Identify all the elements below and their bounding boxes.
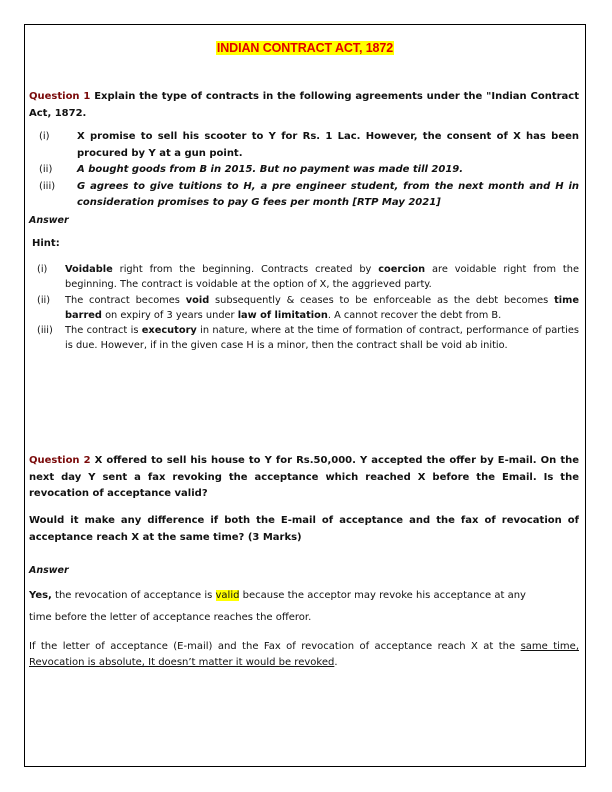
document-border: INDIAN CONTRACT ACT, 1872 Question 1 Exp…	[24, 24, 586, 767]
question-1: Question 1 Explain the type of contracts…	[29, 89, 579, 122]
hints-list: (i)Voidable right from the beginning. Co…	[29, 262, 579, 354]
answer-2-para-2: If the letter of acceptance (E-mail) and…	[29, 639, 579, 671]
question-2-text: X offered to sell his house to Y for Rs.…	[29, 455, 579, 499]
key-term: void	[186, 295, 210, 306]
item-number: (i)	[29, 129, 77, 162]
question-2-label: Question 2	[29, 455, 91, 466]
hint-fragment: on expiry of 3 years under	[102, 310, 238, 321]
question-2: Question 2 X offered to sell his house t…	[29, 453, 579, 503]
answer-text: time before the letter of acceptance rea…	[29, 612, 311, 623]
hint-number: (i)	[29, 262, 65, 293]
hint-item: (ii) The contract becomes void subsequen…	[29, 293, 579, 324]
question-1-item: (i)X promise to sell his scooter to Y fo…	[29, 129, 579, 162]
question-1-label: Question 1	[29, 91, 90, 102]
hint-number: (iii)	[29, 323, 65, 354]
key-term: coercion	[378, 264, 425, 275]
item-text: G agrees to give tuitions to H, a pre en…	[77, 179, 579, 212]
hint-item: (i)Voidable right from the beginning. Co…	[29, 262, 579, 293]
hint-text: The contract becomes void subsequently &…	[65, 293, 579, 324]
answer-text: because the acceptor may revoke his acce…	[239, 590, 526, 601]
hint-fragment: The contract becomes	[65, 295, 186, 306]
highlighted-word: valid	[216, 590, 240, 601]
item-number: (iii)	[29, 179, 77, 212]
item-text: A bought goods from B in 2015. But no pa…	[77, 162, 579, 179]
answer-text: If the letter of acceptance (E-mail) and…	[29, 641, 521, 652]
hint-fragment: The contract is	[65, 325, 142, 336]
title-wrap: INDIAN CONTRACT ACT, 1872	[25, 37, 585, 56]
key-term: law of limitation	[238, 310, 328, 321]
answer-text: .	[334, 657, 337, 668]
question-1-item: (ii)A bought goods from B in 2015. But n…	[29, 162, 579, 179]
hint-number: (ii)	[29, 293, 65, 324]
answer-text: the revocation of acceptance is	[52, 590, 216, 601]
question-2-followup: Would it make any difference if both the…	[29, 513, 579, 546]
hint-fragment: subsequently & ceases to be enforceable …	[209, 295, 554, 306]
answer-yes: Yes,	[29, 590, 52, 601]
question-1-text: Explain the type of contracts in the fol…	[29, 91, 579, 119]
hint-text: The contract is executory in nature, whe…	[65, 323, 579, 354]
hint-item: (iii)The contract is executory in nature…	[29, 323, 579, 354]
key-term: executory	[142, 325, 197, 336]
question-1-items: (i)X promise to sell his scooter to Y fo…	[29, 129, 579, 212]
item-number: (ii)	[29, 162, 77, 179]
hint-fragment: . A cannot recover the debt from B.	[328, 310, 501, 321]
answer-2-label: Answer	[29, 565, 69, 576]
question-1-item: (iii)G agrees to give tuitions to H, a p…	[29, 179, 579, 212]
item-text: X promise to sell his scooter to Y for R…	[77, 129, 579, 162]
hint-text: Voidable right from the beginning. Contr…	[65, 262, 579, 293]
answer-1-label: Answer	[29, 215, 69, 226]
hint-fragment: right from the beginning. Contracts crea…	[113, 264, 378, 275]
hint-label: Hint:	[32, 238, 60, 249]
answer-2-para-1: Yes, the revocation of acceptance is val…	[29, 585, 579, 629]
key-term: Voidable	[65, 264, 113, 275]
document-title: INDIAN CONTRACT ACT, 1872	[216, 41, 394, 55]
